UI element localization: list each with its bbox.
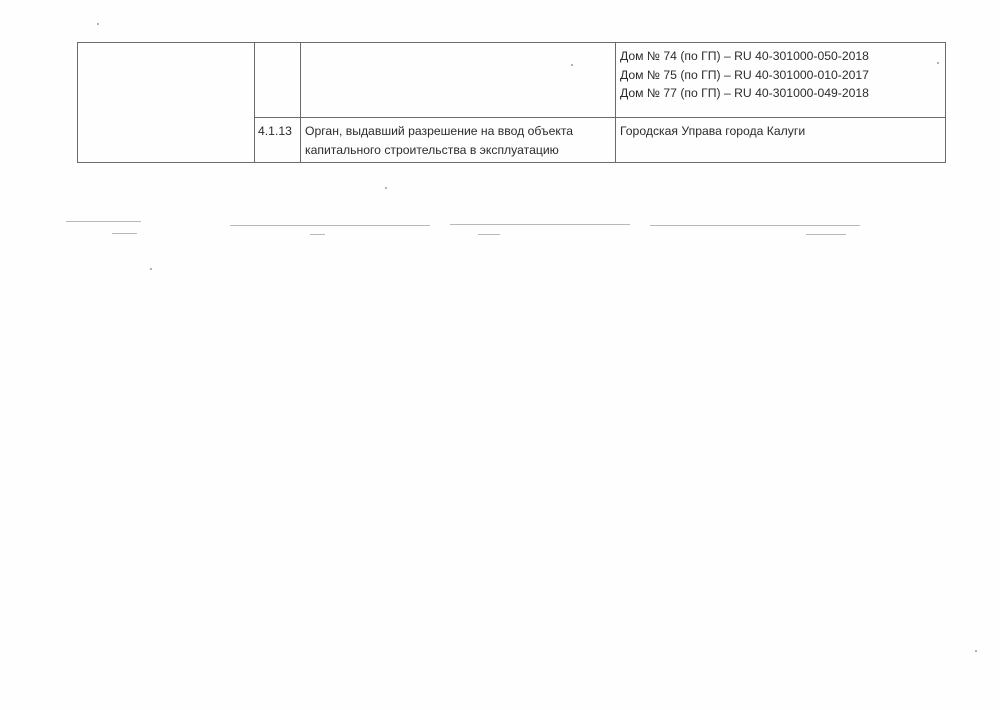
item-label-cell	[301, 43, 616, 118]
item-label-cell: Орган, выдавший разрешение на ввод объек…	[301, 118, 616, 163]
scan-line	[806, 234, 846, 235]
scan-line	[650, 225, 860, 226]
scan-line	[450, 224, 630, 225]
item-value-cell: Дом № 74 (по ГП) – RU 40-301000-050-2018…	[616, 43, 946, 118]
permit-line: Дом № 75 (по ГП) – RU 40-301000-010-2017	[620, 66, 941, 85]
scan-line	[112, 233, 137, 234]
document-table: Дом № 74 (по ГП) – RU 40-301000-050-2018…	[77, 42, 946, 163]
label-line: Орган, выдавший разрешение на ввод объек…	[305, 122, 611, 141]
scan-speck	[937, 62, 939, 64]
scan-speck	[97, 23, 99, 25]
item-number-cell: 4.1.13	[255, 118, 301, 163]
scan-speck	[385, 187, 387, 189]
item-value-cell: Городская Управа города Калуги	[616, 118, 946, 163]
scan-line	[66, 221, 141, 222]
scan-speck	[571, 64, 573, 66]
table-row: Дом № 74 (по ГП) – RU 40-301000-050-2018…	[78, 43, 946, 118]
scan-speck	[150, 268, 152, 270]
scanned-page: Дом № 74 (по ГП) – RU 40-301000-050-2018…	[0, 0, 1000, 710]
permit-line: Дом № 74 (по ГП) – RU 40-301000-050-2018	[620, 47, 941, 66]
section-cell	[78, 43, 255, 163]
permit-line: Дом № 77 (по ГП) – RU 40-301000-049-2018	[620, 84, 941, 103]
item-number-cell	[255, 43, 301, 118]
label-line: капитального строительства в эксплуатаци…	[305, 141, 611, 160]
scan-line	[310, 234, 325, 235]
scan-line	[478, 234, 500, 235]
scan-line	[230, 225, 430, 226]
scan-speck	[975, 650, 977, 652]
